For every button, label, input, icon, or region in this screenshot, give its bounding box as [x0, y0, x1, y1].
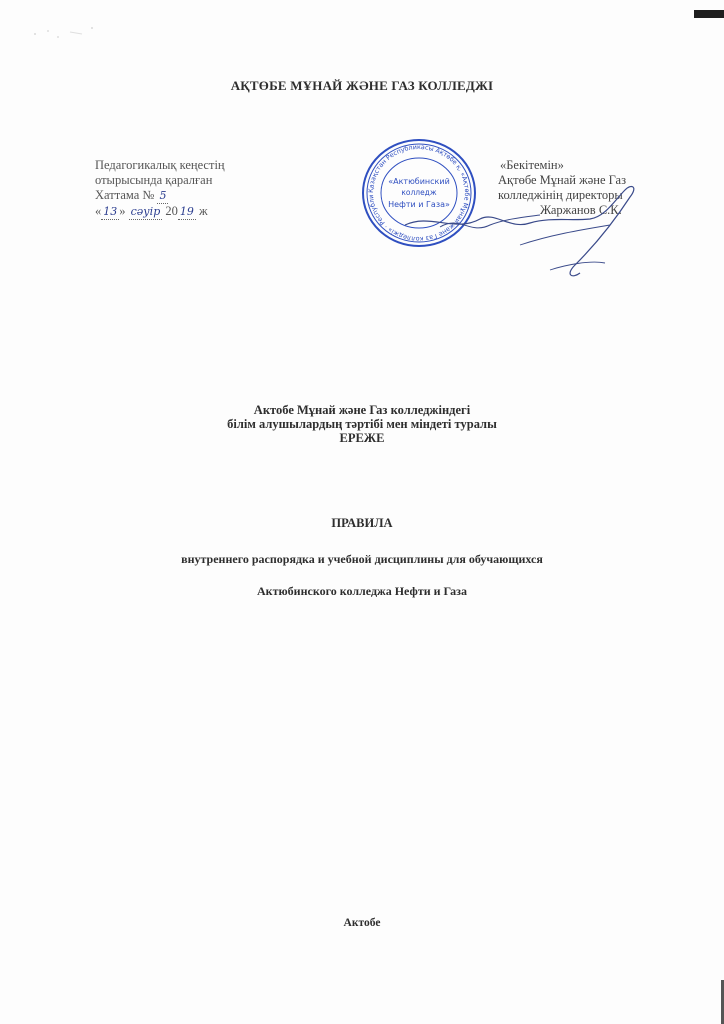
protocol-label: Хаттама №: [95, 188, 154, 202]
protocol-number: 5: [157, 188, 168, 204]
date-suffix: ж: [199, 204, 208, 218]
title-kz-line-3: ЕРЕЖЕ: [0, 431, 724, 445]
date-line: «13» сәуір 2019 ж: [95, 204, 225, 220]
council-line-2: отырысында қаралған: [95, 173, 225, 188]
city-footer: Актобе: [0, 917, 724, 929]
director-signature: [400, 175, 650, 285]
title-kz-line-1: Актобе Мұнай және Газ колледжіндегі: [0, 403, 724, 417]
document-title-ru-line-2: Актюбинского колледжа Нефти и Газа: [0, 584, 724, 599]
pedagogical-council-block: Педагогикалық кеңестің отырысында қаралғ…: [95, 158, 225, 220]
scan-noise: [30, 22, 100, 40]
document-title-ru-line-1: внутреннего распорядка и учебной дисципл…: [0, 552, 724, 567]
date-year-prefix: 20: [165, 204, 178, 218]
date-year-suffix: 19: [178, 204, 196, 220]
document-page: АҚТӨБЕ МҰНАЙ ЖӘНЕ ГАЗ КОЛЛЕДЖІ Педагогик…: [0, 0, 724, 1024]
scan-edge-mark: [694, 10, 724, 18]
quote-close: »: [119, 204, 125, 218]
document-title-ru-heading: ПРАВИЛА: [0, 516, 724, 531]
date-month: сәуір: [129, 204, 163, 220]
college-title: АҚТӨБЕ МҰНАЙ ЖӘНЕ ГАЗ КОЛЛЕДЖІ: [0, 78, 724, 94]
protocol-line: Хаттама № 5: [95, 188, 225, 204]
council-line-1: Педагогикалық кеңестің: [95, 158, 225, 173]
title-kz-line-2: білім алушылардың тәртібі мен міндеті ту…: [0, 417, 724, 431]
document-title-kz: Актобе Мұнай және Газ колледжіндегі білі…: [0, 403, 724, 445]
approved-label: «Бекітемін»: [490, 158, 626, 173]
date-day: 13: [101, 204, 119, 220]
